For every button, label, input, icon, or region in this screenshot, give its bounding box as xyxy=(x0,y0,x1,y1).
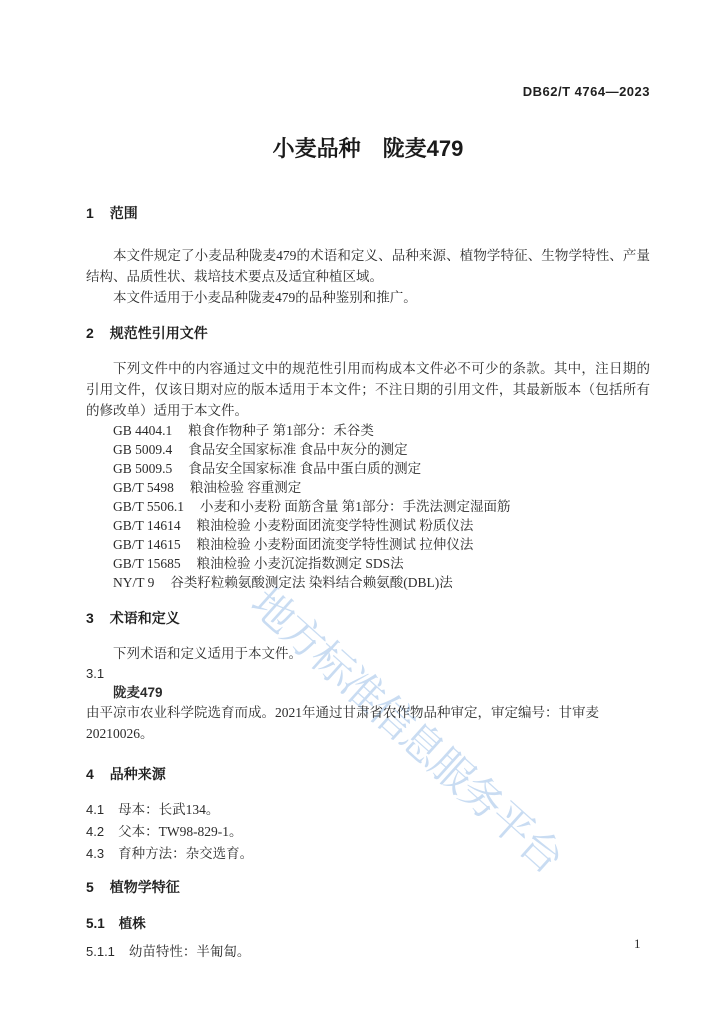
reference-list: GB 4404.1粮食作物种子 第1部分：禾谷类 GB 5009.4食品安全国家… xyxy=(86,421,650,592)
reference-title: 粮食作物种子 第1部分：禾谷类 xyxy=(188,423,374,438)
section-title: 品种来源 xyxy=(110,766,166,782)
clause-text: 父本：TW98-829-1。 xyxy=(118,824,242,839)
references-intro: 下列文件中的内容通过文中的规范性引用而构成本文件必不可少的条款。其中，注日期的引… xyxy=(86,358,650,421)
reference-code: GB/T 5506.1 xyxy=(113,499,184,514)
clause-number: 5.1.1 xyxy=(86,944,115,959)
term-name: 陇麦479 xyxy=(86,683,650,702)
reference-item: GB 5009.5食品安全国家标准 食品中蛋白质的测定 xyxy=(113,459,650,478)
page-header: DB62/T 4764—2023 xyxy=(86,0,650,99)
clause-number: 4.2 xyxy=(86,824,104,839)
clause-item: 4.2父本：TW98-829-1。 xyxy=(86,821,650,843)
reference-title: 粮油检验 小麦粉面团流变学特性测试 拉伸仪法 xyxy=(197,537,474,552)
reference-title: 粮油检验 容重测定 xyxy=(190,480,301,495)
reference-item: GB/T 15685粮油检验 小麦沉淀指数测定 SDS法 xyxy=(113,554,650,573)
document-title: 小麦品种 陇麦479 xyxy=(86,135,650,163)
reference-title: 食品安全国家标准 食品中灰分的测定 xyxy=(188,442,407,457)
reference-item: GB/T 14614粮油检验 小麦粉面团流变学特性测试 粉质仪法 xyxy=(113,516,650,535)
section-number: 2 xyxy=(86,325,94,341)
section-title: 植物学特征 xyxy=(110,879,180,895)
term-definition: 由平凉市农业科学院选育而成。2021年通过甘肃省农作物品种审定，审定编号：甘审麦… xyxy=(86,702,650,744)
reference-item: NY/T 9谷类籽粒赖氨酸测定法 染料结合赖氨酸(DBL)法 xyxy=(113,573,650,592)
reference-code: GB/T 15685 xyxy=(113,556,181,571)
reference-code: GB/T 14615 xyxy=(113,537,181,552)
clause-text: 母本：长武134。 xyxy=(118,802,219,817)
section-number: 1 xyxy=(86,205,94,221)
clause-number: 4.3 xyxy=(86,846,104,861)
reference-title: 食品安全国家标准 食品中蛋白质的测定 xyxy=(188,461,421,476)
standard-doc-number: DB62/T 4764—2023 xyxy=(523,84,650,99)
document-page: 地方标准信息服务平台 DB62/T 4764—2023 小麦品种 陇麦479 1… xyxy=(0,0,724,1024)
section-title: 规范性引用文件 xyxy=(110,325,208,341)
page-number: 1 xyxy=(634,936,641,951)
reference-code: GB/T 5498 xyxy=(113,480,174,495)
section-heading-scope: 1范围 xyxy=(86,203,650,223)
reference-code: GB/T 14614 xyxy=(113,518,181,533)
reference-code: GB 5009.5 xyxy=(113,461,172,476)
scope-paragraph-2: 本文件适用于小麦品种陇麦479的品种鉴别和推广。 xyxy=(86,287,650,308)
section-number: 3 xyxy=(86,610,94,626)
clause-item: 5.1.1幼苗特性：半匍匐。 xyxy=(86,941,650,963)
term-clause-number: 3.1 xyxy=(86,664,650,683)
reference-title: 粮油检验 小麦粉面团流变学特性测试 粉质仪法 xyxy=(197,518,474,533)
section-title: 术语和定义 xyxy=(110,610,180,626)
clause-item: 4.3育种方法：杂交选育。 xyxy=(86,843,650,865)
clause-item: 4.1母本：长武134。 xyxy=(86,799,650,821)
clause-number: 4.1 xyxy=(86,802,104,817)
section-heading-terms: 3术语和定义 xyxy=(86,608,650,628)
scope-paragraph-1: 本文件规定了小麦品种陇麦479的术语和定义、品种来源、植物学特征、生物学特性、产… xyxy=(86,245,650,287)
reference-code: GB 5009.4 xyxy=(113,442,172,457)
reference-code: NY/T 9 xyxy=(113,575,154,590)
page-content: DB62/T 4764—2023 小麦品种 陇麦479 1范围 本文件规定了小麦… xyxy=(0,0,724,963)
clause-text: 幼苗特性：半匍匐。 xyxy=(129,944,251,959)
reference-item: GB 5009.4食品安全国家标准 食品中灰分的测定 xyxy=(113,440,650,459)
section-heading-normative-references: 2规范性引用文件 xyxy=(86,323,650,343)
reference-title: 粮油检验 小麦沉淀指数测定 SDS法 xyxy=(197,556,404,571)
section-number: 4 xyxy=(86,766,94,782)
section-heading-variety-source: 4品种来源 xyxy=(86,764,650,784)
reference-item: GB/T 5498粮油检验 容重测定 xyxy=(113,478,650,497)
subsection-heading-plant: 5.1植株 xyxy=(86,914,650,934)
subsection-title: 植株 xyxy=(119,916,146,931)
section-number: 5 xyxy=(86,879,94,895)
section-heading-botanical: 5植物学特征 xyxy=(86,877,650,897)
reference-title: 小麦和小麦粉 面筋含量 第1部分：手洗法测定湿面筋 xyxy=(200,499,511,514)
clause-number: 5.1 xyxy=(86,916,105,931)
reference-item: GB/T 14615粮油检验 小麦粉面团流变学特性测试 拉伸仪法 xyxy=(113,535,650,554)
terms-intro: 下列术语和定义适用于本文件。 xyxy=(86,643,650,664)
section-title: 范围 xyxy=(110,205,138,221)
reference-title: 谷类籽粒赖氨酸测定法 染料结合赖氨酸(DBL)法 xyxy=(170,575,452,590)
reference-code: GB 4404.1 xyxy=(113,423,172,438)
reference-item: GB 4404.1粮食作物种子 第1部分：禾谷类 xyxy=(113,421,650,440)
reference-item: GB/T 5506.1小麦和小麦粉 面筋含量 第1部分：手洗法测定湿面筋 xyxy=(113,497,650,516)
clause-text: 育种方法：杂交选育。 xyxy=(118,846,253,861)
